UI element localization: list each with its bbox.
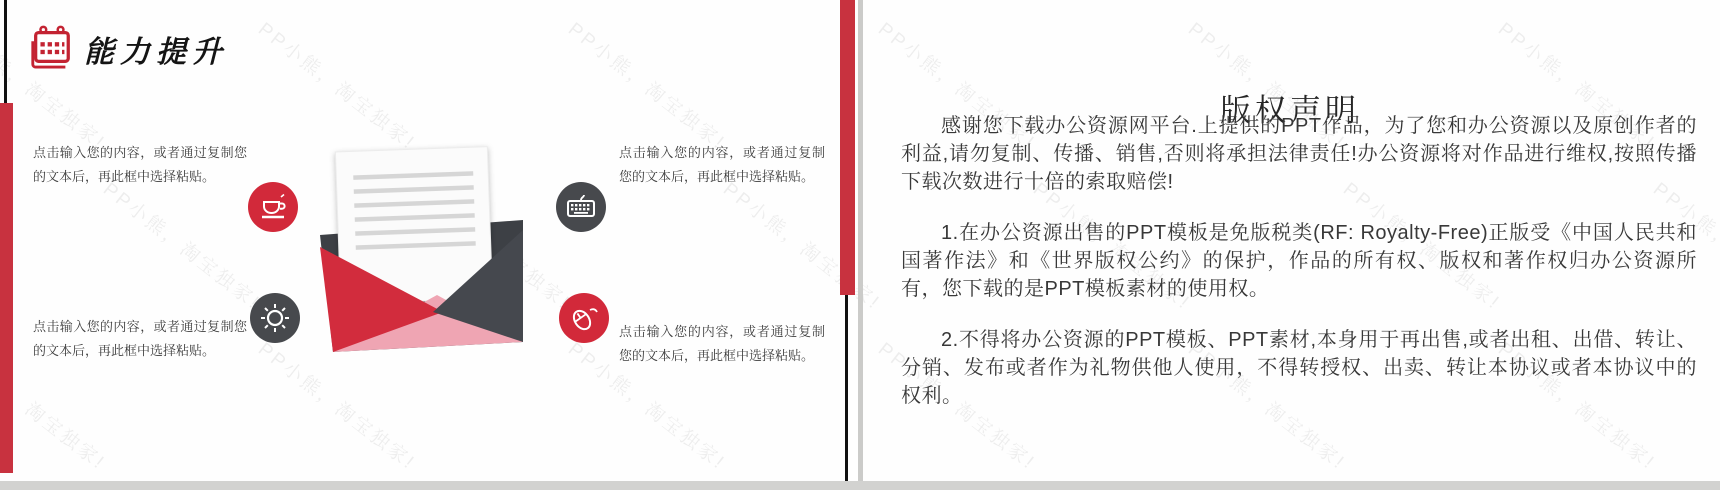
copyright-paragraph-1: 感谢您下载办公资源网平台.上提供的PPT作品，为了您和办公资源以及原创作者的利益… xyxy=(901,112,1697,196)
slide-left: 能力提升 点击输入您的内容，或者通过复制您的文本后，再此框中选择粘贴。 点击输入… xyxy=(0,0,860,490)
coffee-cup-icon xyxy=(248,182,298,232)
right-edge-black-line xyxy=(845,295,848,482)
calendar-icon xyxy=(28,22,74,75)
copyright-paragraph-2: 1.在办公资源出售的PPT模板是免版税类(RF: Royalty-Free)正版… xyxy=(901,219,1697,303)
placeholder-text-top-left[interactable]: 点击输入您的内容，或者通过复制您的文本后，再此框中选择粘贴。 xyxy=(33,141,247,189)
bottom-strip xyxy=(0,481,1720,490)
slide-divider xyxy=(858,0,863,490)
placeholder-text-top-right[interactable]: 点击输入您的内容，或者通过复制您的文本后，再此框中选择粘贴。 xyxy=(619,141,825,189)
slide-logo: 能力提升 xyxy=(28,22,228,75)
copyright-body: 感谢您下载办公资源网平台.上提供的PPT作品，为了您和办公资源以及原创作者的利益… xyxy=(901,112,1697,433)
keyboard-icon xyxy=(556,182,606,232)
copyright-paragraph-3: 2.不得将办公资源的PPT模板、PPT素材,本身用于再出售,或者出租、出借、转让… xyxy=(901,326,1697,410)
envelope-letter-illustration xyxy=(315,135,530,360)
placeholder-text-bottom-left[interactable]: 点击输入您的内容，或者通过复制您的文本后，再此框中选择粘贴。 xyxy=(33,315,247,363)
right-edge-red-bar xyxy=(840,0,855,295)
left-edge-black-line xyxy=(4,0,7,103)
placeholder-text-bottom-right[interactable]: 点击输入您的内容，或者通过复制您的文本后，再此框中选择粘贴。 xyxy=(619,320,825,368)
presentation-canvas: PP小熊，淘宝独家!PP小熊，淘宝独家!PP小熊，淘宝独家!PP小熊，淘宝独家!… xyxy=(0,0,1720,490)
mouse-icon xyxy=(559,293,609,343)
left-edge-red-bar xyxy=(0,103,13,473)
slide-right: 版权声明 感谢您下载办公资源网平台.上提供的PPT作品，为了您和办公资源以及原创… xyxy=(860,0,1720,490)
logo-title: 能力提升 xyxy=(84,27,228,71)
sun-icon xyxy=(250,293,300,343)
